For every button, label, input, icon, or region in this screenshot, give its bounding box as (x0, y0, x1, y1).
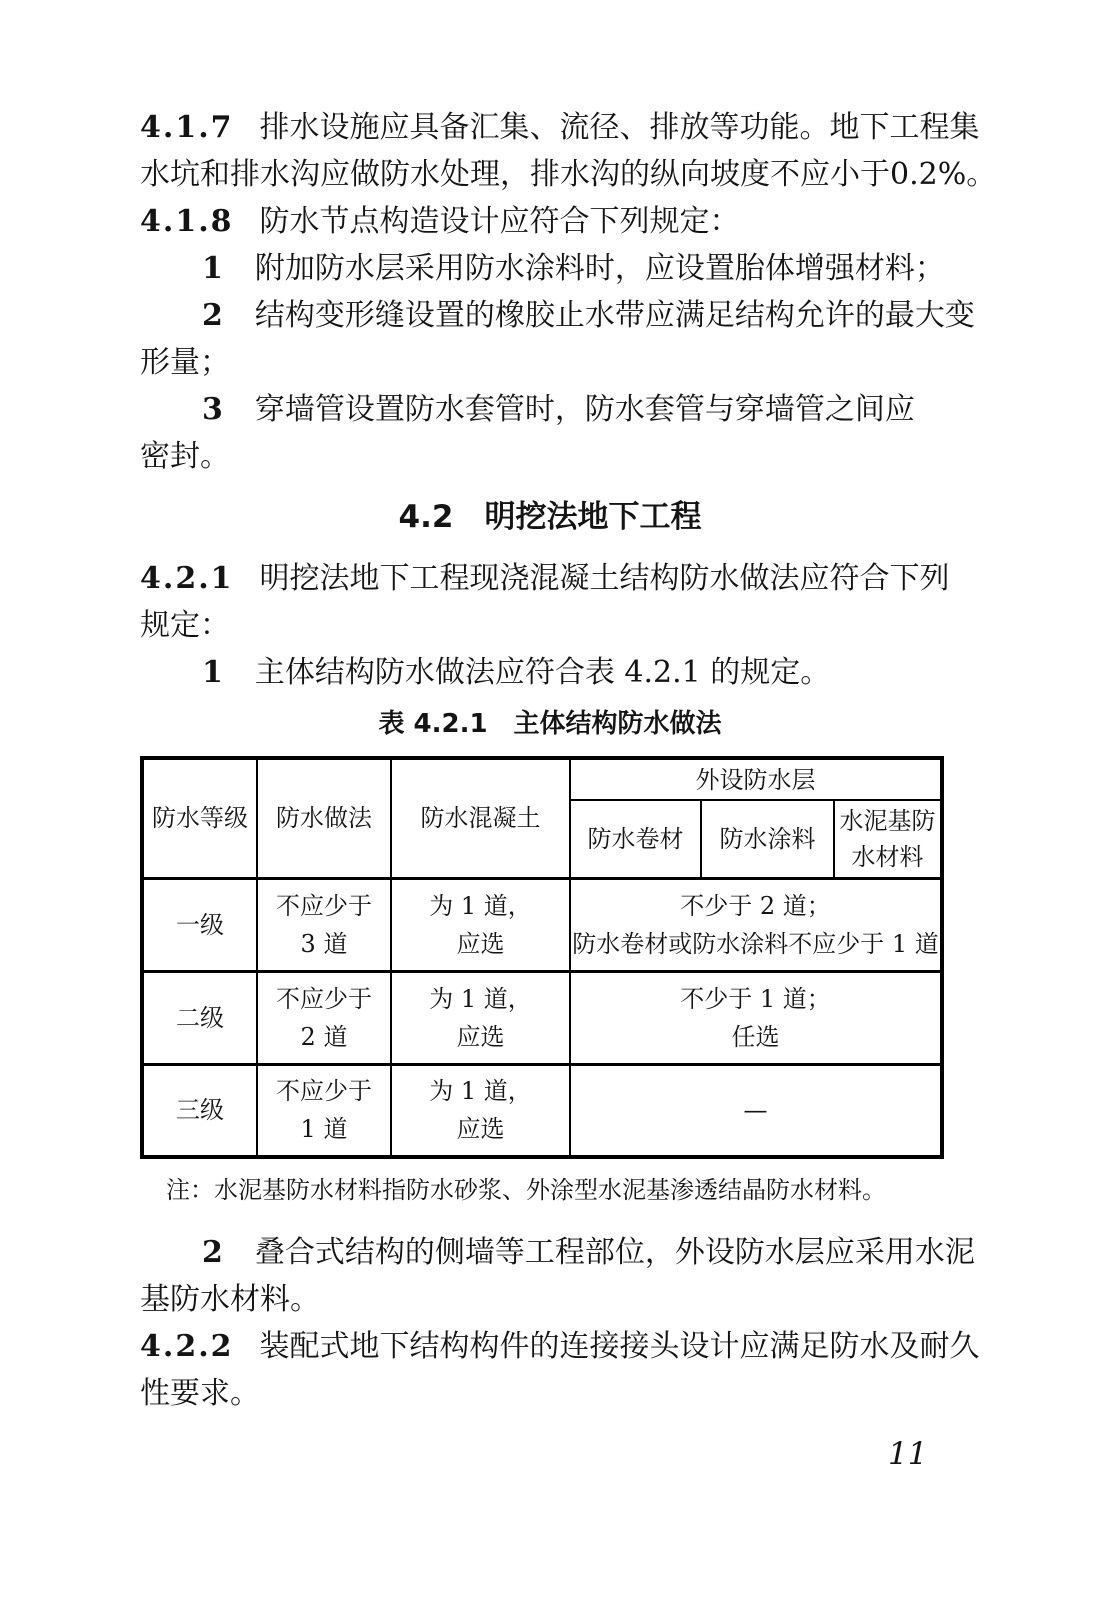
cell-line: — (571, 1091, 940, 1129)
cell-outer-layer: 不少于 2 道；防水卷材或防水涂料不应少于 1 道 (570, 878, 942, 971)
header-sheet: 防水卷材 (570, 800, 701, 878)
cell-method: 不应少于2 道 (257, 971, 391, 1064)
item-text: 结构变形缝设置的橡胶止水带应满足结构允许的最大变 (255, 298, 975, 333)
paragraph-line: 性要求。 (140, 1370, 960, 1417)
paragraph-line: 2叠合式结构的侧墙等工程部位，外设防水层应采用水泥 (140, 1229, 960, 1276)
header-cement: 水泥基防水材料 (834, 800, 942, 878)
table-header-row: 防水等级 防水做法 防水混凝土 外设防水层 (142, 758, 942, 800)
item-text: 主体结构防水做法应符合表 4.2.1 的规定。 (255, 655, 830, 690)
cell-line: 不应少于 (258, 980, 390, 1018)
paragraph-line: 水坑和排水沟应做防水处理，排水沟的纵向坡度不应小于0.2%。 (140, 151, 960, 198)
paragraph-line: 4.2.2装配式地下结构构件的连接接头设计应满足防水及耐久 (140, 1323, 960, 1370)
cell-method: 不应少于3 道 (257, 878, 391, 971)
clause-text: 防水节点构造设计应符合下列规定： (260, 204, 740, 239)
cell-line: 应选 (392, 925, 569, 963)
clause-number: 4.2.1 (140, 561, 234, 596)
paragraph-line: 3穿墙管设置防水套管时，防水套管与穿墙管之间应 (140, 386, 960, 433)
cell-outer-layer: 不少于 1 道；任选 (570, 971, 942, 1064)
cell-line: 1 道 (258, 1110, 390, 1148)
page-content: 4.1.7排水设施应具备汇集、流径、排放等功能。地下工程集 水坑和排水沟应做防水… (140, 0, 960, 1417)
list-item-2: 2结构变形缝设置的橡胶止水带应满足结构允许的最大变 形量； (140, 292, 960, 386)
cell-line: 2 道 (258, 1018, 390, 1056)
cell-line: 不应少于 (258, 1072, 390, 1110)
clause-text: 排水设施应具备汇集、流径、排放等功能。地下工程集 (260, 110, 980, 145)
paragraph-4-1-7: 4.1.7排水设施应具备汇集、流径、排放等功能。地下工程集 水坑和排水沟应做防水… (140, 104, 960, 198)
page-number: 11 (888, 1436, 927, 1472)
clause-number: 4.1.8 (140, 204, 234, 239)
item-number: 3 (202, 392, 223, 427)
cell-line: 任选 (571, 1018, 940, 1056)
item-number: 1 (202, 655, 223, 690)
cell-line: 应选 (392, 1018, 569, 1056)
paragraph-4-1-8: 4.1.8防水节点构造设计应符合下列规定： (140, 198, 960, 245)
paragraph-line: 基防水材料。 (140, 1276, 960, 1323)
document-page: 4.1.7排水设施应具备汇集、流径、排放等功能。地下工程集 水坑和排水沟应做防水… (0, 0, 1103, 1598)
paragraph-line: 1附加防水层采用防水涂料时，应设置胎体增强材料； (140, 245, 960, 292)
cell-grade: 一级 (142, 878, 257, 971)
item-number: 2 (202, 298, 223, 333)
paragraph-line: 4.1.7排水设施应具备汇集、流径、排放等功能。地下工程集 (140, 104, 960, 151)
cell-grade: 三级 (142, 1064, 257, 1157)
item-text: 叠合式结构的侧墙等工程部位，外设防水层应采用水泥 (255, 1235, 975, 1270)
item-text: 附加防水层采用防水涂料时，应设置胎体增强材料； (255, 251, 945, 286)
cell-concrete: 为 1 道，应选 (391, 878, 570, 971)
paragraph-4-2-2: 4.2.2装配式地下结构构件的连接接头设计应满足防水及耐久 性要求。 (140, 1323, 960, 1417)
item-text: 穿墙管设置防水套管时，防水套管与穿墙管之间应 (255, 392, 915, 427)
cell-line: 不少于 1 道； (571, 980, 940, 1018)
cell-concrete: 为 1 道，应选 (391, 1064, 570, 1157)
cell-method: 不应少于1 道 (257, 1064, 391, 1157)
paragraph-line: 2结构变形缝设置的橡胶止水带应满足结构允许的最大变 (140, 292, 960, 339)
item-number: 2 (202, 1235, 223, 1270)
paragraph-line: 密封。 (140, 433, 960, 480)
cell-line: 不少于 2 道； (571, 887, 940, 925)
cell-line: 不应少于 (258, 887, 390, 925)
table-4-2-1: 防水等级 防水做法 防水混凝土 外设防水层 防水卷材 防水涂料 水泥基防水材料 … (140, 756, 944, 1159)
header-method: 防水做法 (257, 758, 391, 878)
paragraph-line: 规定： (140, 602, 960, 649)
list-item-3: 3穿墙管设置防水套管时，防水套管与穿墙管之间应 密封。 (140, 386, 960, 480)
paragraph-line: 形量； (140, 339, 960, 386)
paragraph-line: 4.2.1明挖法地下工程现浇混凝土结构防水做法应符合下列 (140, 555, 960, 602)
cell-line: 防水卷材或防水涂料不应少于 1 道 (571, 925, 940, 963)
header-grade: 防水等级 (142, 758, 257, 878)
table-row: 三级 不应少于1 道 为 1 道，应选 — (142, 1064, 942, 1157)
section-heading-4-2: 4.2 明挖法地下工程 (140, 494, 960, 541)
table-note: 注：水泥基防水材料指防水砂浆、外涂型水泥基渗透结晶防水材料。 (166, 1173, 960, 1207)
list-item-1: 1附加防水层采用防水涂料时，应设置胎体增强材料； (140, 245, 960, 292)
table-row: 一级 不应少于3 道 为 1 道，应选 不少于 2 道；防水卷材或防水涂料不应少… (142, 878, 942, 971)
paragraph-line: 4.1.8防水节点构造设计应符合下列规定： (140, 198, 960, 245)
header-coating: 防水涂料 (701, 800, 834, 878)
table-caption: 表 4.2.1 主体结构防水做法 (140, 704, 960, 744)
paragraph-4-2-1: 4.2.1明挖法地下工程现浇混凝土结构防水做法应符合下列 规定： (140, 555, 960, 649)
cell-outer-layer: — (570, 1064, 942, 1157)
cell-line: 3 道 (258, 925, 390, 963)
cell-line: 为 1 道， (392, 887, 569, 925)
clause-text: 明挖法地下工程现浇混凝土结构防水做法应符合下列 (260, 561, 950, 596)
item-number: 1 (202, 251, 223, 286)
clause-number: 4.2.2 (140, 1329, 234, 1364)
cell-concrete: 为 1 道，应选 (391, 971, 570, 1064)
clause-text: 装配式地下结构构件的连接接头设计应满足防水及耐久 (260, 1329, 980, 1364)
cell-line: 为 1 道， (392, 1072, 569, 1110)
header-concrete: 防水混凝土 (391, 758, 570, 878)
cell-line: 为 1 道， (392, 980, 569, 1018)
list-item-s2: 2叠合式结构的侧墙等工程部位，外设防水层应采用水泥 基防水材料。 (140, 1229, 960, 1323)
table-row: 二级 不应少于2 道 为 1 道，应选 不少于 1 道；任选 (142, 971, 942, 1064)
cell-line: 应选 (392, 1110, 569, 1148)
cell-grade: 二级 (142, 971, 257, 1064)
paragraph-line: 1主体结构防水做法应符合表 4.2.1 的规定。 (140, 649, 960, 696)
list-item-s1: 1主体结构防水做法应符合表 4.2.1 的规定。 (140, 649, 960, 696)
header-outer-layer: 外设防水层 (570, 758, 942, 800)
clause-number: 4.1.7 (140, 110, 234, 145)
